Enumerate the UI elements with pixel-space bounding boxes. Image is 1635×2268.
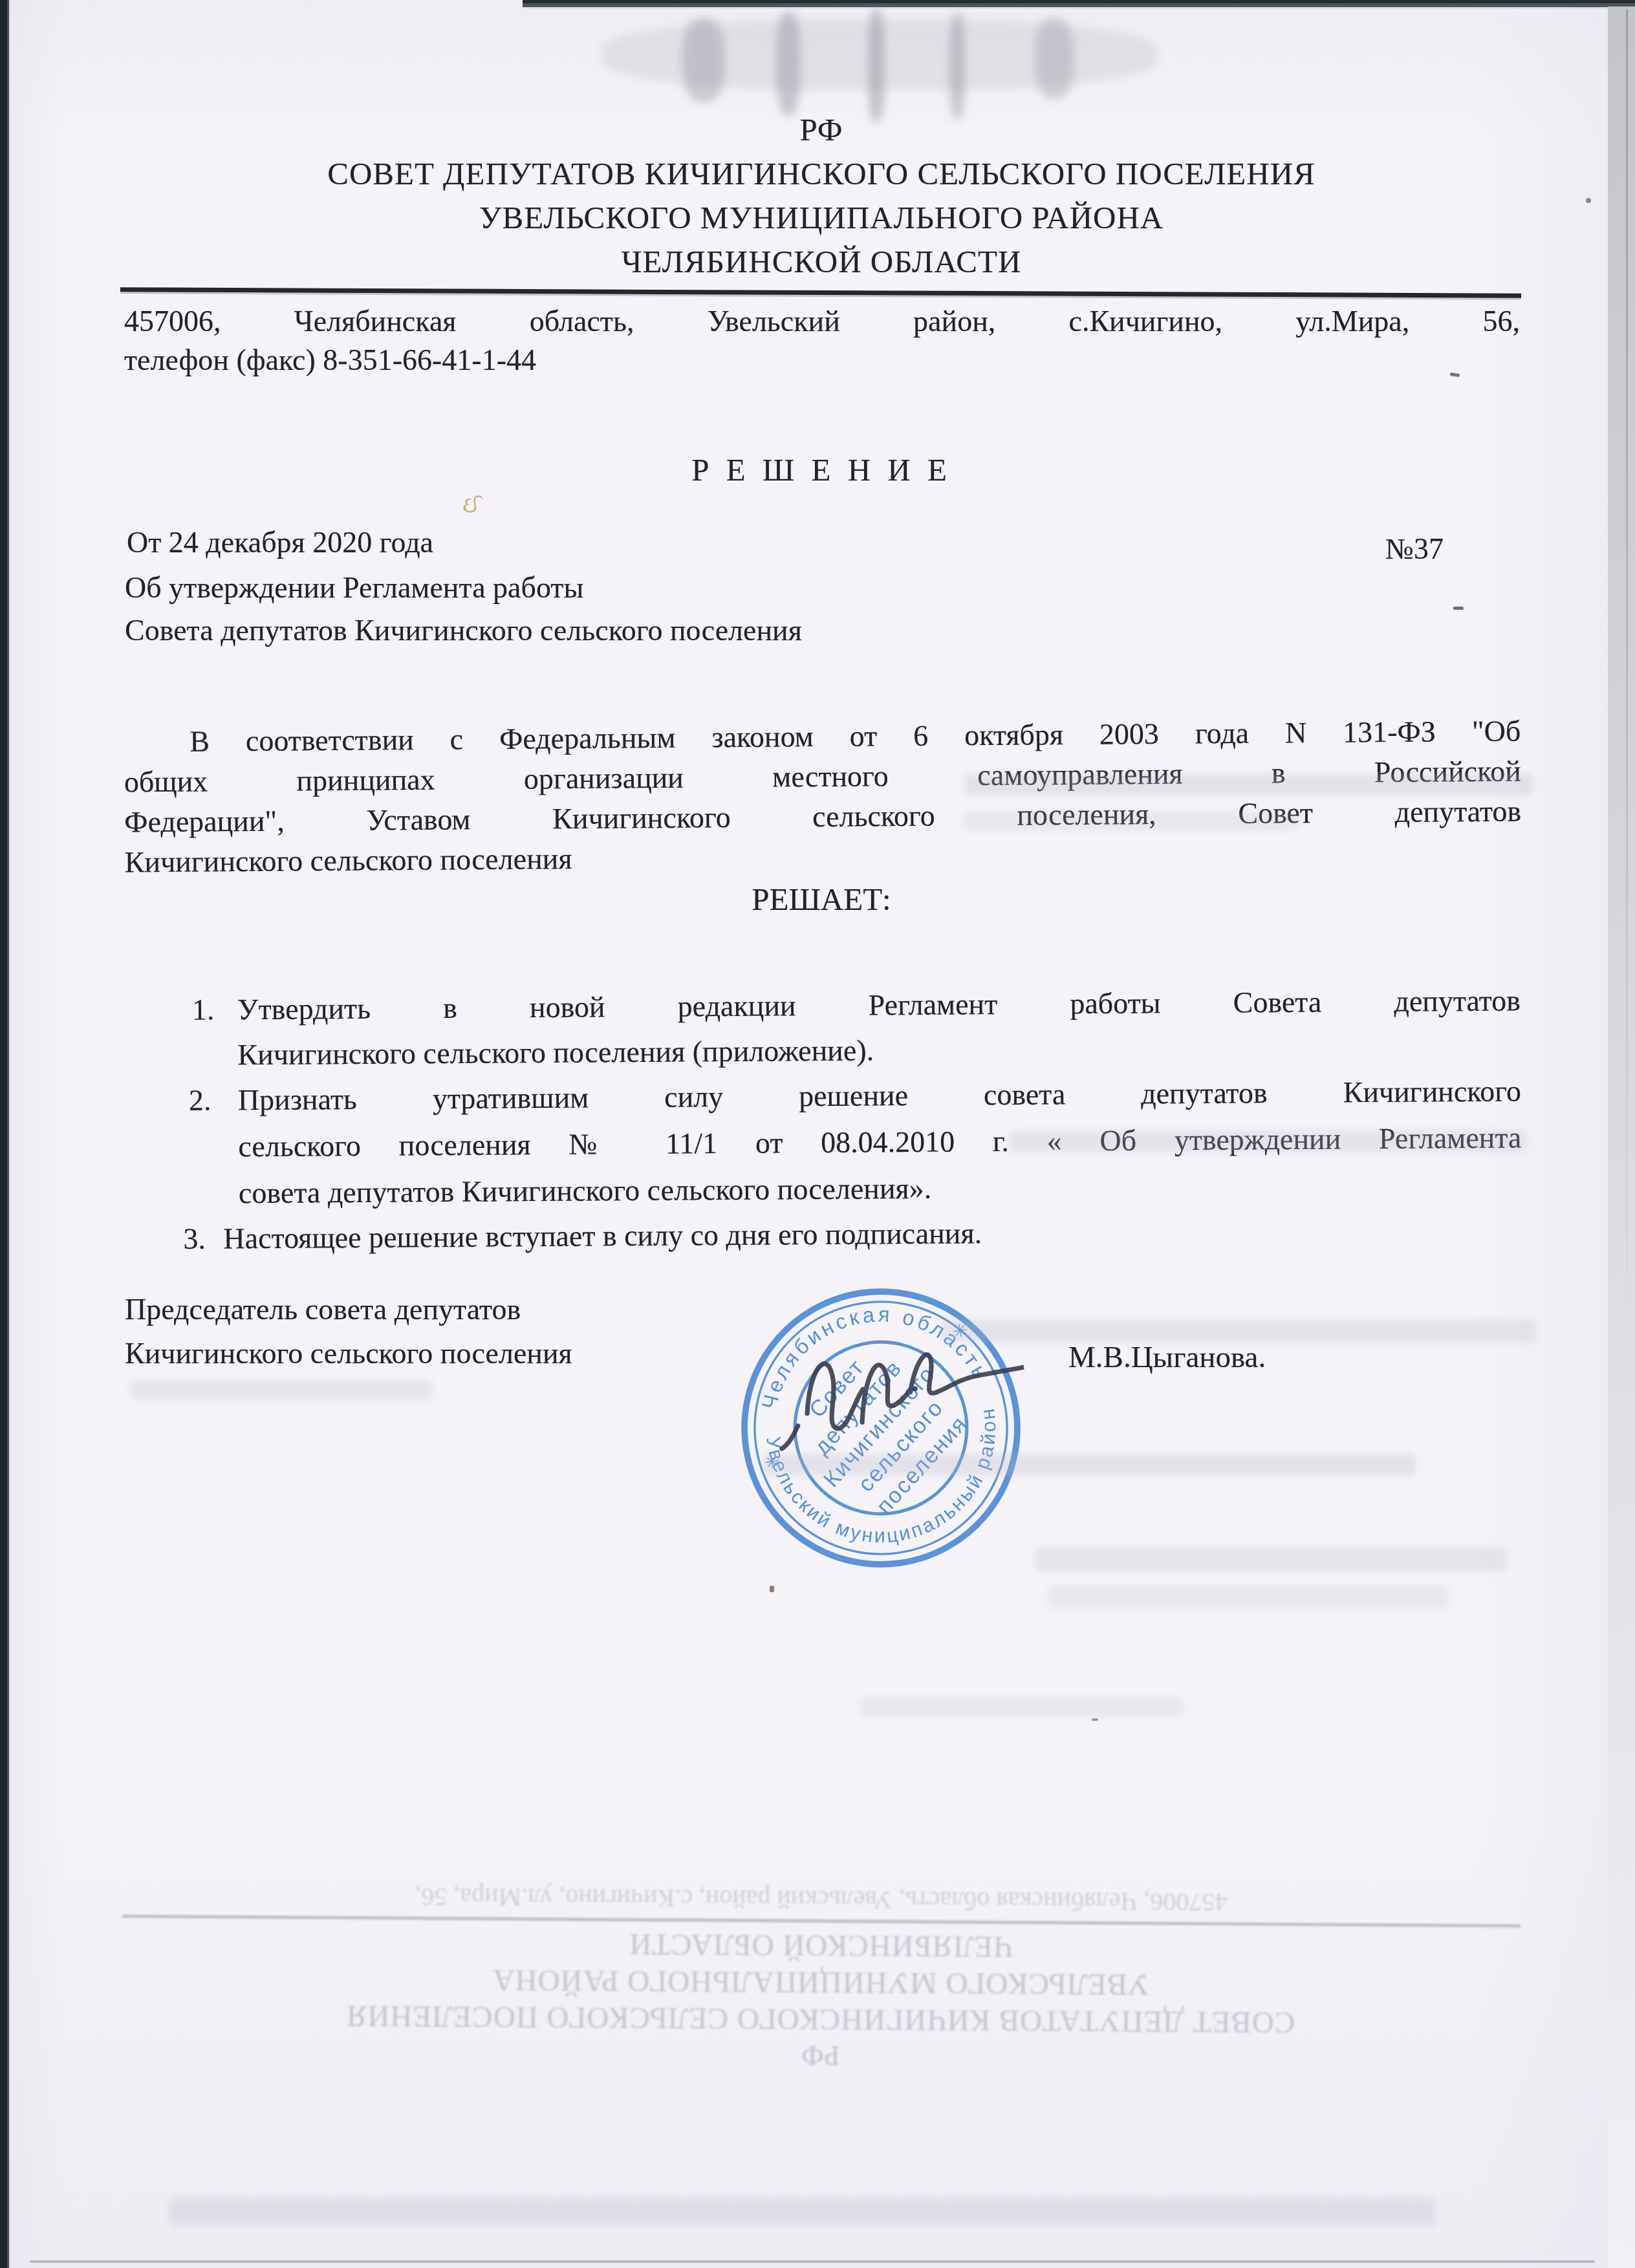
ghost-bleedthrough	[941, 1319, 1536, 1343]
scan-edge-right-line	[1626, 9, 1628, 1367]
scanned-document-page: { "page": { "header": { "country": "РФ",…	[0, 0, 1635, 2268]
bleed-address: 457006, Челябинская область, Увельский р…	[120, 1878, 1523, 1920]
ghost-bleedthrough	[860, 1697, 1184, 1716]
item1-line2: Кичигинского сельского поселения (прилож…	[237, 1033, 874, 1072]
item2-line1: Признать утратившим силу решение совета …	[238, 1074, 1521, 1117]
scan-edge-right	[1608, 6, 1635, 2268]
resolves-heading: РЕШАЕТ:	[123, 881, 1520, 918]
header-org-line2: УВЕЛЬСКОГО МУНИЦИПАЛЬНОГО РАЙОНА	[123, 199, 1520, 236]
scan-smudge	[776, 12, 801, 115]
header-org-line3: ЧЕЛЯБИНСКОЙ ОБЛАСТИ	[123, 243, 1520, 280]
ink-speck	[1450, 373, 1460, 377]
scan-smudge	[949, 13, 965, 120]
ghost-bleedthrough	[1009, 1130, 1526, 1152]
item2-num: 2.	[189, 1083, 211, 1118]
ink-speck	[770, 1586, 774, 1592]
header-org-line1: СОВЕТ ДЕПУТАТОВ КИЧИГИНСКОГО СЕЛЬСКОГО П…	[123, 155, 1520, 192]
item3-num: 3.	[183, 1222, 206, 1256]
doc-number: №37	[1385, 532, 1444, 566]
ghost-bleedthrough	[1035, 1547, 1507, 1571]
ghost-bleedthrough	[964, 811, 1300, 830]
header-country: РФ	[123, 111, 1520, 148]
subject-line1: Об утверждении Регламента работы	[125, 570, 583, 605]
signatory-name: М.В.Цыганова.	[1068, 1340, 1266, 1375]
doc-title: Р Е Ш Е Н И Е	[123, 451, 1520, 488]
scan-edge-top	[523, 0, 1635, 8]
preamble: В соответствии с Федеральным законом от …	[124, 714, 1522, 885]
item1-line1: Утвердить в новой редакции Регламент раб…	[237, 983, 1521, 1026]
item3-line1: Настоящее решение вступает в силу со дня…	[223, 1216, 982, 1255]
subject-line2: Совета депутатов Кичигинского сельского …	[125, 613, 802, 647]
item1-num: 1.	[192, 993, 215, 1027]
doc-date: От 24 декабря 2020 года	[127, 525, 433, 559]
ink-speck	[1092, 1718, 1098, 1721]
header-rule	[120, 287, 1521, 297]
ghost-bleedthrough	[1048, 1586, 1449, 1608]
signatory-post-line1: Председатель совета депутатов	[125, 1292, 521, 1326]
item2-line3: совета депутатов Кичигинского сельского …	[239, 1171, 931, 1210]
ghost-bleedthrough	[964, 773, 1533, 795]
signatory-post-line2: Кичигинского сельского поселения	[125, 1336, 572, 1370]
scan-edge-left	[0, 0, 10, 2268]
ghost-bleedthrough	[763, 1454, 1416, 1476]
header-address-line2: телефон (факс) 8-351-66-41-1-44	[124, 343, 536, 377]
official-round-stamp: Челябинская область Увельский муниципаль…	[711, 1258, 1050, 1597]
ghost-bleedthrough	[129, 1380, 433, 1399]
ink-speck	[1453, 607, 1464, 610]
ink-speck-gold: ઈ	[460, 491, 483, 520]
ink-speck	[1586, 198, 1591, 203]
ghost-bleedthrough	[168, 2198, 1436, 2226]
scan-edge-bottom	[30, 2260, 1595, 2263]
scan-smudge	[1035, 18, 1074, 99]
header-address-line1: 457006, Челябинская область, Увельский р…	[124, 304, 1520, 338]
bleedthrough-reverse-header: РФ СОВЕТ ДЕПУТАТОВ КИЧИГИНСКОГО СЕЛЬСКОГ…	[118, 1878, 1523, 2079]
scan-smudge	[868, 9, 885, 122]
scan-smudge	[682, 18, 725, 102]
